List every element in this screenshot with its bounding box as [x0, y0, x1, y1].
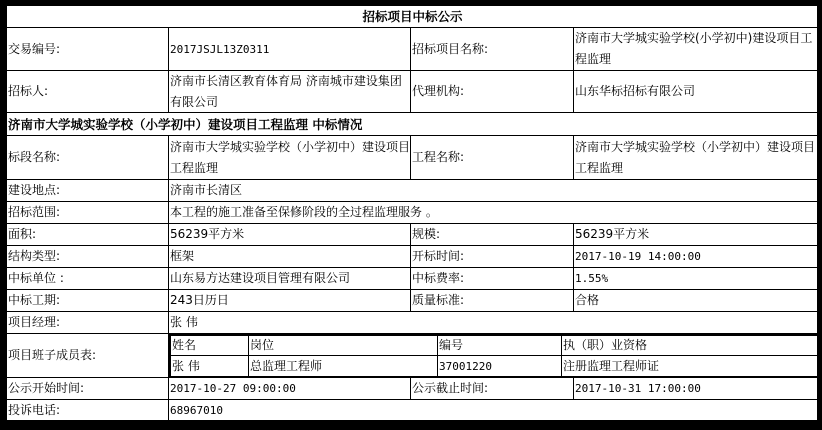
lot-name-value: 济南市大学城实验学校（小学初中）建设项目工程监理 [169, 136, 411, 180]
engineering-name-label: 工程名称: [411, 136, 574, 180]
publicity-start-value: 2017-10-27 09:00:00 [169, 378, 411, 400]
team-table: 姓名 岗位 编号 执（职）业资格 张 伟 总监理工程师 37001220 注册监… [169, 334, 817, 378]
team-header-position: 岗位 [249, 334, 438, 356]
tenderer-label: 招标人: [7, 71, 169, 113]
fee-rate-value: 1.55% [574, 268, 817, 290]
agency-label: 代理机构: [411, 71, 574, 113]
team-header-name: 姓名 [169, 334, 249, 356]
trade-no-label: 交易编号: [7, 28, 169, 71]
scale-value: 56239平方米 [574, 224, 817, 246]
project-name-label: 招标项目名称: [411, 28, 574, 71]
tenderer-value: 济南市长清区教育体育局 济南城市建设集团有限公司 [169, 71, 411, 113]
team-row-qualification: 注册监理工程师证 [562, 356, 817, 376]
manager-label: 项目经理: [7, 312, 169, 334]
scope-label: 招标范围: [7, 202, 169, 224]
open-time-value: 2017-10-19 14:00:00 [574, 246, 817, 268]
trade-no-value: 2017JSJL13Z0311 [169, 28, 411, 71]
complaint-phone-value: 68967010 [169, 400, 817, 420]
duration-label: 中标工期: [7, 290, 169, 312]
location-label: 建设地点: [7, 180, 169, 202]
page-title: 招标项目中标公示 [7, 6, 817, 28]
quality-value: 合格 [574, 290, 817, 312]
quality-label: 质量标准: [411, 290, 574, 312]
complaint-phone-label: 投诉电话: [7, 400, 169, 420]
section-heading: 济南市大学城实验学校（小学初中）建设项目工程监理 中标情况 [7, 113, 817, 136]
scale-label: 规模: [411, 224, 574, 246]
open-time-label: 开标时间: [411, 246, 574, 268]
team-label: 项目班子成员表: [7, 334, 169, 378]
publicity-end-value: 2017-10-31 17:00:00 [574, 378, 817, 400]
winner-value: 山东易方达建设项目管理有限公司 [169, 268, 411, 290]
team-row-number: 37001220 [438, 356, 562, 376]
publicity-end-label: 公示截止时间: [411, 378, 574, 400]
team-row-name: 张 伟 [169, 356, 249, 376]
team-header-qualification: 执（职）业资格 [562, 334, 817, 356]
manager-value: 张 伟 [169, 312, 817, 334]
team-row-position: 总监理工程师 [249, 356, 438, 376]
award-notice-table: 招标项目中标公示 交易编号: 2017JSJL13Z0311 招标项目名称: 济… [7, 6, 817, 420]
publicity-start-label: 公示开始时间: [7, 378, 169, 400]
team-header-number: 编号 [438, 334, 562, 356]
scope-value: 本工程的施工准备至保修阶段的全过程监理服务 。 [169, 202, 817, 224]
winner-label: 中标单位 : [7, 268, 169, 290]
engineering-name-value: 济南市大学城实验学校（小学初中）建设项目工程监理 [574, 136, 817, 180]
structure-label: 结构类型: [7, 246, 169, 268]
duration-value: 243日历日 [169, 290, 411, 312]
project-name-value: 济南市大学城实验学校(小学初中)建设项目工程监理 [574, 28, 817, 71]
location-value: 济南市长清区 [169, 180, 817, 202]
area-value: 56239平方米 [169, 224, 411, 246]
area-label: 面积: [7, 224, 169, 246]
agency-value: 山东华标招标有限公司 [574, 71, 817, 113]
fee-rate-label: 中标费率: [411, 268, 574, 290]
lot-name-label: 标段名称: [7, 136, 169, 180]
structure-value: 框架 [169, 246, 411, 268]
